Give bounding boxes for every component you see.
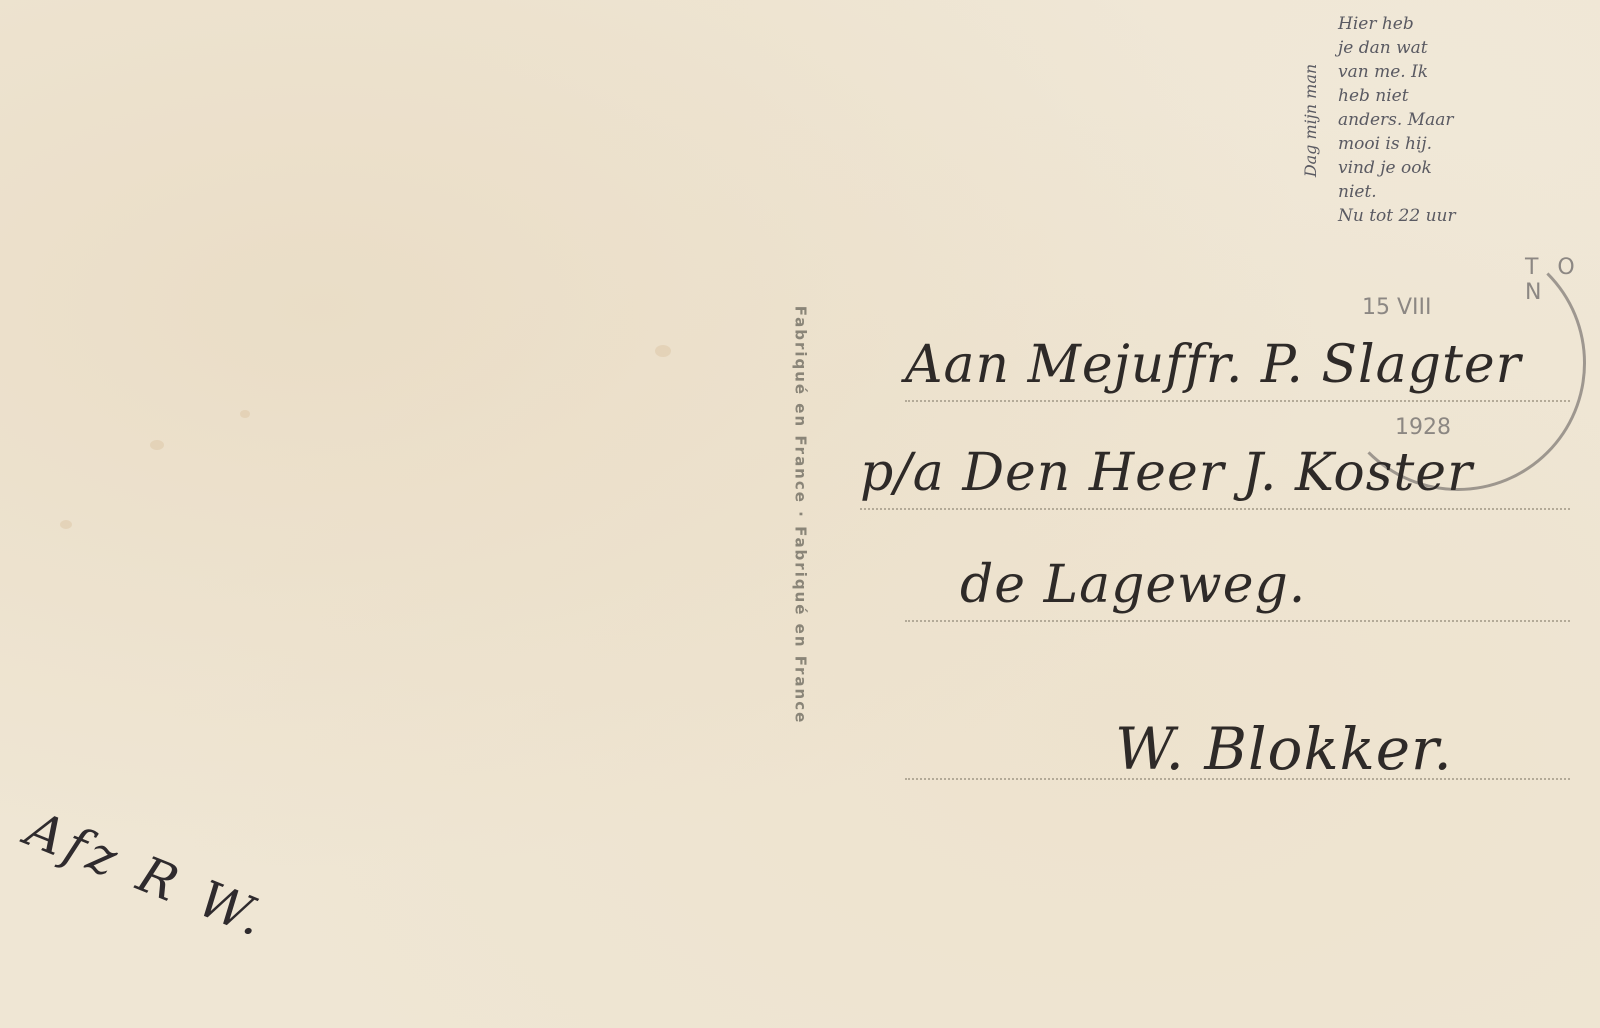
- pencil-note-side-text: Dag mijn man: [1296, 20, 1326, 220]
- address-rule: [905, 400, 1570, 402]
- divider-imprint: Fabriqué en France · Fabriqué en France: [790, 215, 810, 815]
- note-line: je dan wat: [1338, 36, 1538, 60]
- postcard-back: Fabriqué en France · Fabriqué en France …: [0, 0, 1600, 1028]
- sender-initials: Afz R W.: [18, 800, 277, 950]
- note-line: mooi is hij.: [1338, 132, 1538, 156]
- note-line: anders. Maar: [1338, 108, 1538, 132]
- postmark-place: T O N: [1525, 255, 1600, 305]
- note-line: van me. Ik: [1338, 60, 1538, 84]
- note-line: Nu tot 22 uur: [1338, 204, 1538, 228]
- note-line: niet.: [1338, 180, 1538, 204]
- address-rule: [905, 620, 1570, 622]
- note-line: heb niet: [1338, 84, 1538, 108]
- postmark-date: 15 VIII: [1362, 295, 1432, 320]
- address-line-street: de Lageweg.: [960, 555, 1306, 615]
- pencil-note: Hier heb je dan wat van me. Ik heb niet …: [1338, 12, 1538, 228]
- note-line: vind je ook: [1338, 156, 1538, 180]
- address-rule: [860, 508, 1570, 510]
- address-line-town: W. Blokker.: [1115, 715, 1453, 783]
- address-line-care-of: p/a Den Heer J. Koster: [860, 443, 1473, 503]
- postmark-year: 1928: [1395, 415, 1451, 440]
- address-line-recipient: Aan Mejuffr. P. Slagter: [905, 335, 1521, 395]
- note-line: Hier heb: [1338, 12, 1538, 36]
